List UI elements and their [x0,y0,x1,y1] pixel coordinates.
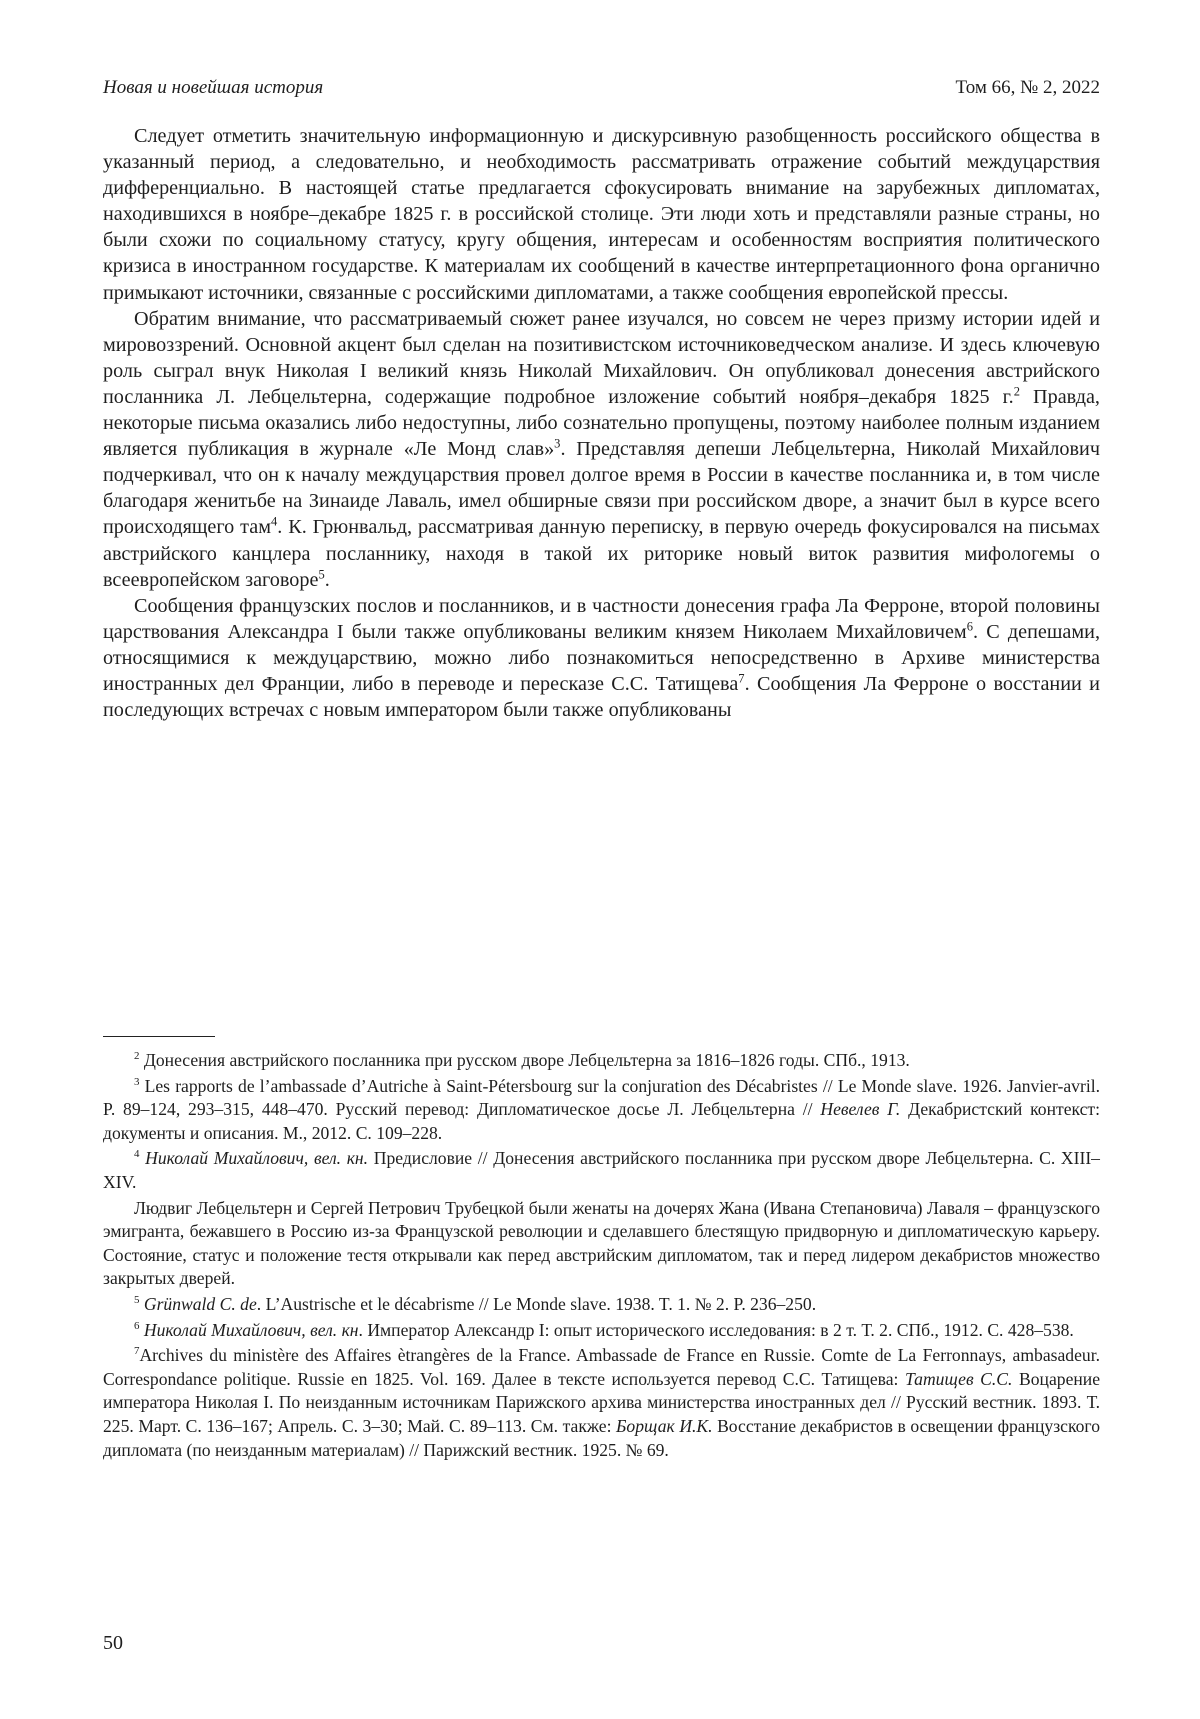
issue-info: Том 66, № 2, 2022 [956,76,1100,100]
footnote: 2 Донесения австрийского посланника при … [103,1049,1100,1073]
footnote: 4 Николай Михайлович, вел. кн. Предислов… [103,1147,1100,1194]
page-number: 50 [103,1630,123,1656]
footnote: 3 Les rapports de l’ambassade d’Autriche… [103,1075,1100,1146]
paragraph: Следует отметить значительную информацио… [103,123,1100,306]
running-head: Новая и новейшая история Том 66, № 2, 20… [103,76,1100,100]
paragraph: Сообщения французских послов и посланник… [103,593,1100,723]
footnote-number: 5 [134,1294,139,1306]
main-text: Следует отметить значительную информацио… [103,123,1100,723]
footnote-separator [103,1036,215,1037]
footnote-text: Людвиг Лебцельтерн и Сергей Петрович Тру… [103,1198,1100,1289]
footnote-author: Grünwald C. de [144,1294,257,1314]
paragraph-text: . [325,569,330,591]
paragraph: Обратим внимание, что рассматриваемый сю… [103,306,1100,593]
footnote-author: Невелев Г. [820,1099,900,1119]
footnote-number: 4 [134,1149,139,1161]
footnote-continuation: Людвиг Лебцельтерн и Сергей Петрович Тру… [103,1197,1100,1291]
footnote-number: 6 [134,1320,139,1332]
footnotes: 2 Донесения австрийского посланника при … [103,1049,1100,1462]
footnote-author: Татищев С.С. [905,1369,1012,1389]
footnote-author: Николай Михайлович, вел. кн. [145,1148,368,1168]
footnote-text: . Император Александр I: опыт историческ… [359,1320,1074,1340]
paragraph-text: Сообщения французских послов и посланник… [103,595,1100,643]
footnote: 7Archives du ministère des Affaires ètra… [103,1344,1100,1462]
footnote-author: Борщак И.К. [616,1416,712,1436]
footnote-author: Николай Михайлович, вел. кн [144,1320,359,1340]
paragraph-text: Следует отметить значительную информацио… [103,125,1100,304]
journal-title: Новая и новейшая история [103,76,323,100]
footnote: 5 Grünwald C. de. L’Austrische et le déc… [103,1293,1100,1317]
footnote-text: Донесения австрийского посланника при ру… [139,1050,909,1070]
paragraph-text: Обратим внимание, что рассматриваемый сю… [103,308,1100,408]
footnote-text: . L’Austrische et le décabrisme // Le Mo… [257,1294,816,1314]
footnote: 6 Николай Михайлович, вел. кн. Император… [103,1319,1100,1343]
